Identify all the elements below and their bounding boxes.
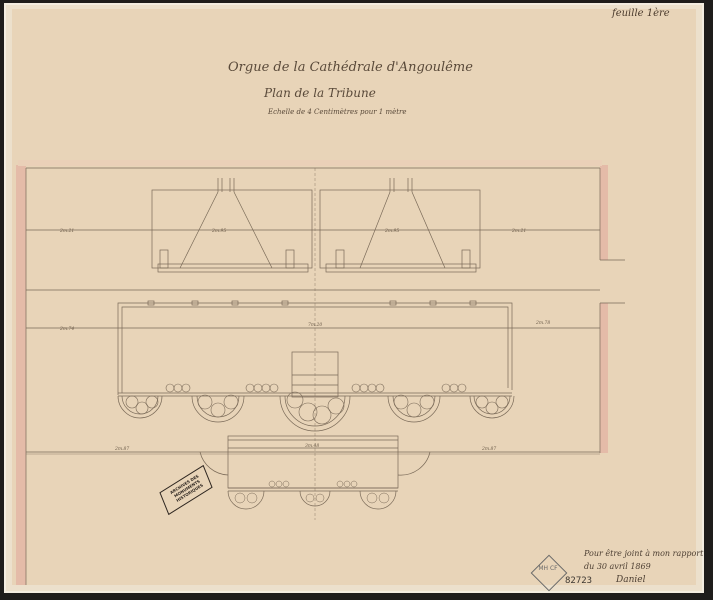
approval-note-line1: Pour être joint à mon rapport <box>584 549 703 558</box>
mh-stamp-text: MH CF <box>538 565 558 572</box>
svg-text:2m.74: 2m.74 <box>59 326 74 332</box>
svg-text:2m.95: 2m.95 <box>384 228 399 234</box>
drawing-subtitle: Plan de la Tribune <box>264 86 376 100</box>
svg-text:2m.95: 2m.95 <box>211 228 226 234</box>
drawing-title: Orgue de la Cathédrale d'Angoulême <box>228 60 473 75</box>
svg-text:2m.21: 2m.21 <box>59 228 74 234</box>
svg-text:7m.20: 7m.20 <box>308 322 322 328</box>
scan-frame: 2m.21 2m.74 2m.87 2m.95 2m.95 2m.21 7m.2… <box>0 0 713 600</box>
sheet-number: feuille 1ère <box>612 8 670 19</box>
inventory-number: 82723 <box>565 576 592 586</box>
approval-note-line2: du 30 avril 1869 <box>584 562 651 571</box>
svg-text:2m.78: 2m.78 <box>535 320 550 326</box>
svg-text:2m.87: 2m.87 <box>481 446 496 452</box>
scale-note: Echelle de 4 Centimètres pour 1 mètre <box>268 108 407 116</box>
svg-text:2m.87: 2m.87 <box>114 446 129 452</box>
svg-text:2m.21: 2m.21 <box>511 228 526 234</box>
signature: Daniel <box>616 575 645 585</box>
svg-text:3m.48: 3m.48 <box>305 443 319 449</box>
